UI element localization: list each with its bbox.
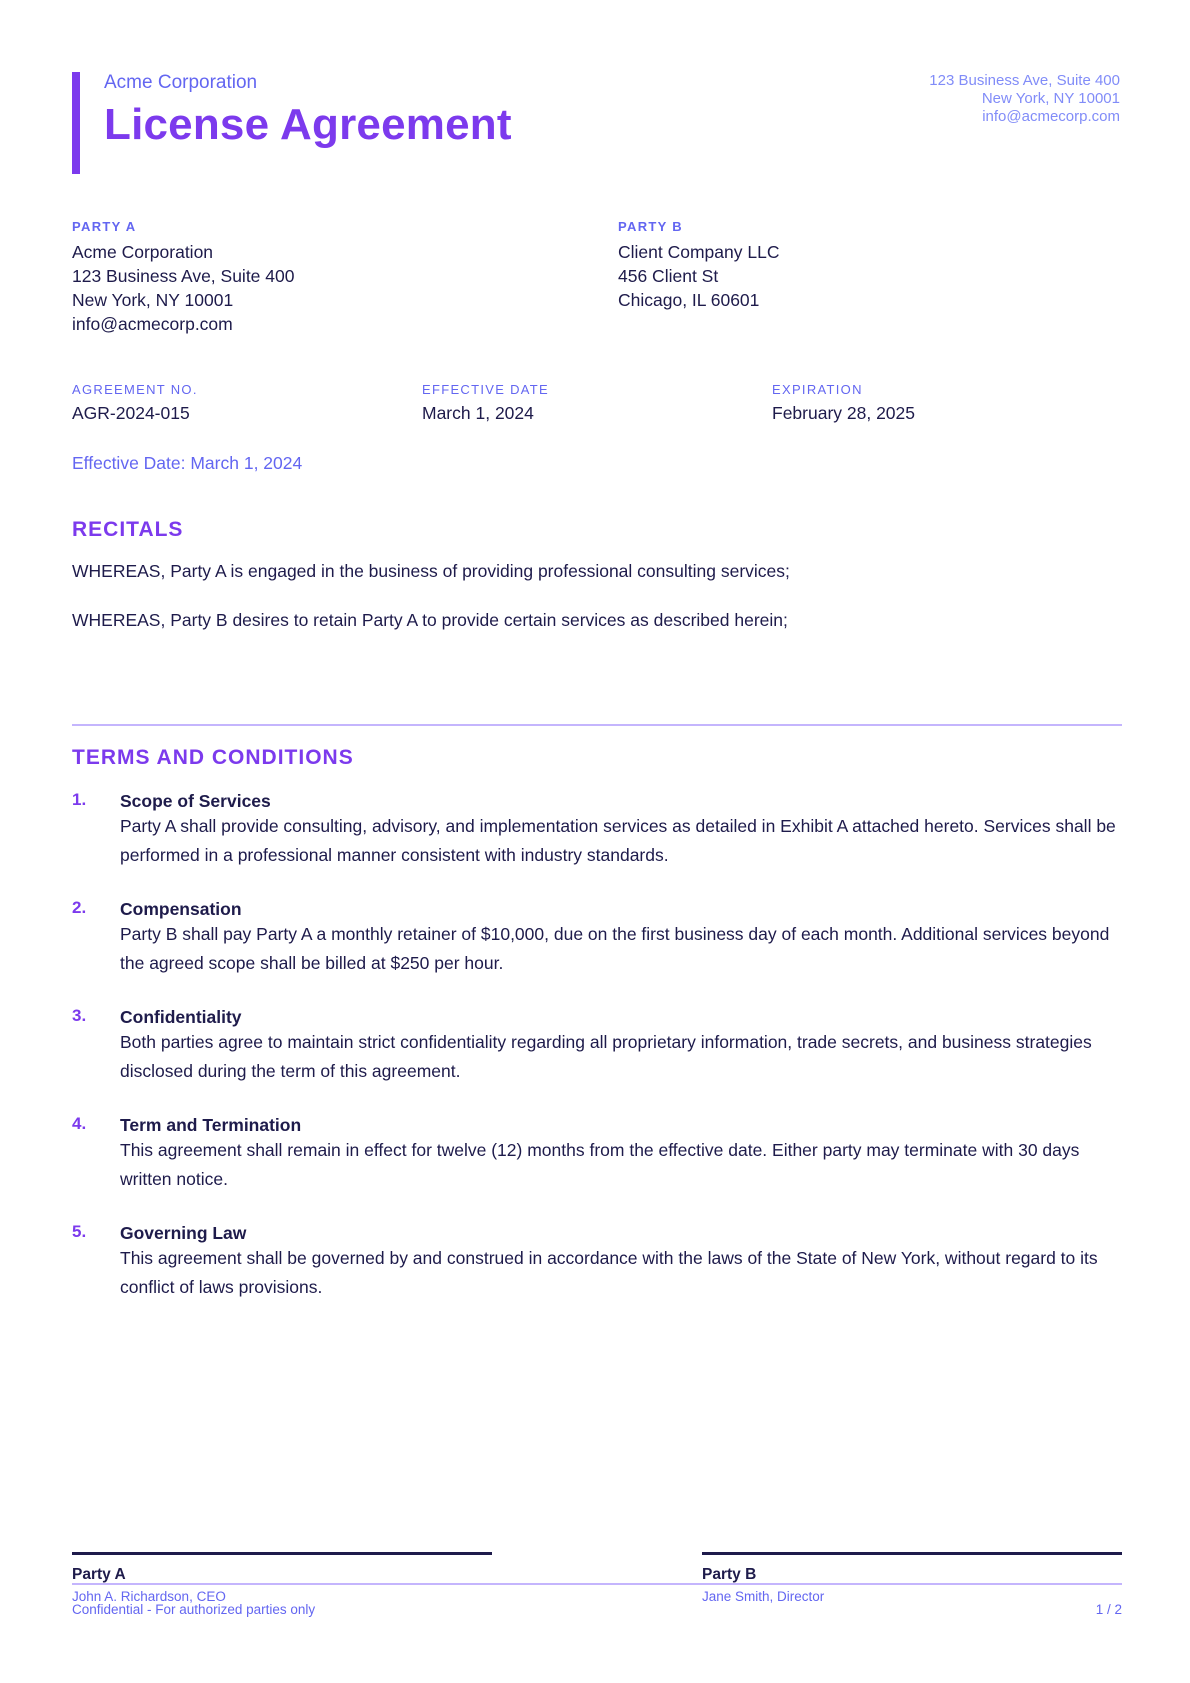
terms-list: 1. Scope of Services Party A shall provi… (72, 790, 1122, 1330)
term-item: 2. Compensation Party B shall pay Party … (72, 898, 1122, 978)
party-b-line: Client Company LLC (618, 240, 779, 264)
address-line: 123 Business Ave, Suite 400 (929, 72, 1120, 90)
term-number: 3. (72, 1006, 86, 1026)
term-body: This agreement shall remain in effect fo… (120, 1136, 1122, 1194)
address-email: info@acmecorp.com (929, 108, 1120, 126)
company-address: 123 Business Ave, Suite 400 New York, NY… (929, 72, 1120, 126)
meta-label: EFFECTIVE DATE (422, 382, 549, 397)
term-item: 4. Term and Termination This agreement s… (72, 1114, 1122, 1194)
company-name: Acme Corporation (104, 72, 257, 94)
term-body: Party B shall pay Party A a monthly reta… (120, 920, 1122, 978)
expiration-date: EXPIRATION February 28, 2025 (772, 382, 915, 425)
signatory-party-b: Jane Smith, Director (702, 1589, 824, 1604)
effective-date-line: Effective Date: March 1, 2024 (72, 453, 302, 474)
term-number: 2. (72, 898, 86, 918)
term-body: Party A shall provide consulting, adviso… (120, 812, 1122, 870)
term-title: Compensation (120, 898, 1122, 920)
footer-divider (72, 1583, 1122, 1585)
document-title: License Agreement (104, 100, 512, 150)
signature-label-party-a: Party A (72, 1566, 126, 1584)
signature-line-party-b (702, 1552, 1122, 1555)
term-item: 5. Governing Law This agreement shall be… (72, 1222, 1122, 1302)
term-title: Governing Law (120, 1222, 1122, 1244)
term-title: Confidentiality (120, 1006, 1122, 1028)
party-a-label: PARTY A (72, 219, 294, 234)
party-b-line: Chicago, IL 60601 (618, 288, 779, 312)
term-item: 1. Scope of Services Party A shall provi… (72, 790, 1122, 870)
section-divider (72, 724, 1122, 726)
term-title: Term and Termination (120, 1114, 1122, 1136)
term-body: Both parties agree to maintain strict co… (120, 1028, 1122, 1086)
recitals-heading: RECITALS (72, 518, 183, 542)
meta-value: February 28, 2025 (772, 401, 915, 425)
party-a-block: PARTY A Acme Corporation 123 Business Av… (72, 219, 294, 336)
agreement-number: AGREEMENT NO. AGR-2024-015 (72, 382, 198, 425)
signature-label-party-b: Party B (702, 1566, 756, 1584)
party-b-block: PARTY B Client Company LLC 456 Client St… (618, 219, 779, 312)
page-number: 1 / 2 (1096, 1602, 1122, 1617)
term-body: This agreement shall be governed by and … (120, 1244, 1122, 1302)
party-b-line: 456 Client St (618, 264, 779, 288)
term-item: 3. Confidentiality Both parties agree to… (72, 1006, 1122, 1086)
recital-item: WHEREAS, Party B desires to retain Party… (72, 610, 788, 631)
party-a-line: info@acmecorp.com (72, 312, 294, 336)
meta-value: March 1, 2024 (422, 401, 549, 425)
term-number: 5. (72, 1222, 86, 1242)
term-number: 4. (72, 1114, 86, 1134)
meta-value: AGR-2024-015 (72, 401, 198, 425)
header-accent-bar (72, 72, 80, 174)
party-b-label: PARTY B (618, 219, 779, 234)
effective-date: EFFECTIVE DATE March 1, 2024 (422, 382, 549, 425)
term-title: Scope of Services (120, 790, 1122, 812)
party-a-line: 123 Business Ave, Suite 400 (72, 264, 294, 288)
recital-item: WHEREAS, Party A is engaged in the busin… (72, 561, 790, 582)
party-a-line: Acme Corporation (72, 240, 294, 264)
address-line: New York, NY 10001 (929, 90, 1120, 108)
terms-heading: TERMS AND CONDITIONS (72, 746, 354, 770)
meta-label: EXPIRATION (772, 382, 915, 397)
confidential-notice: Confidential - For authorized parties on… (72, 1602, 315, 1617)
party-a-line: New York, NY 10001 (72, 288, 294, 312)
term-number: 1. (72, 790, 86, 810)
signature-line-party-a (72, 1552, 492, 1555)
meta-label: AGREEMENT NO. (72, 382, 198, 397)
